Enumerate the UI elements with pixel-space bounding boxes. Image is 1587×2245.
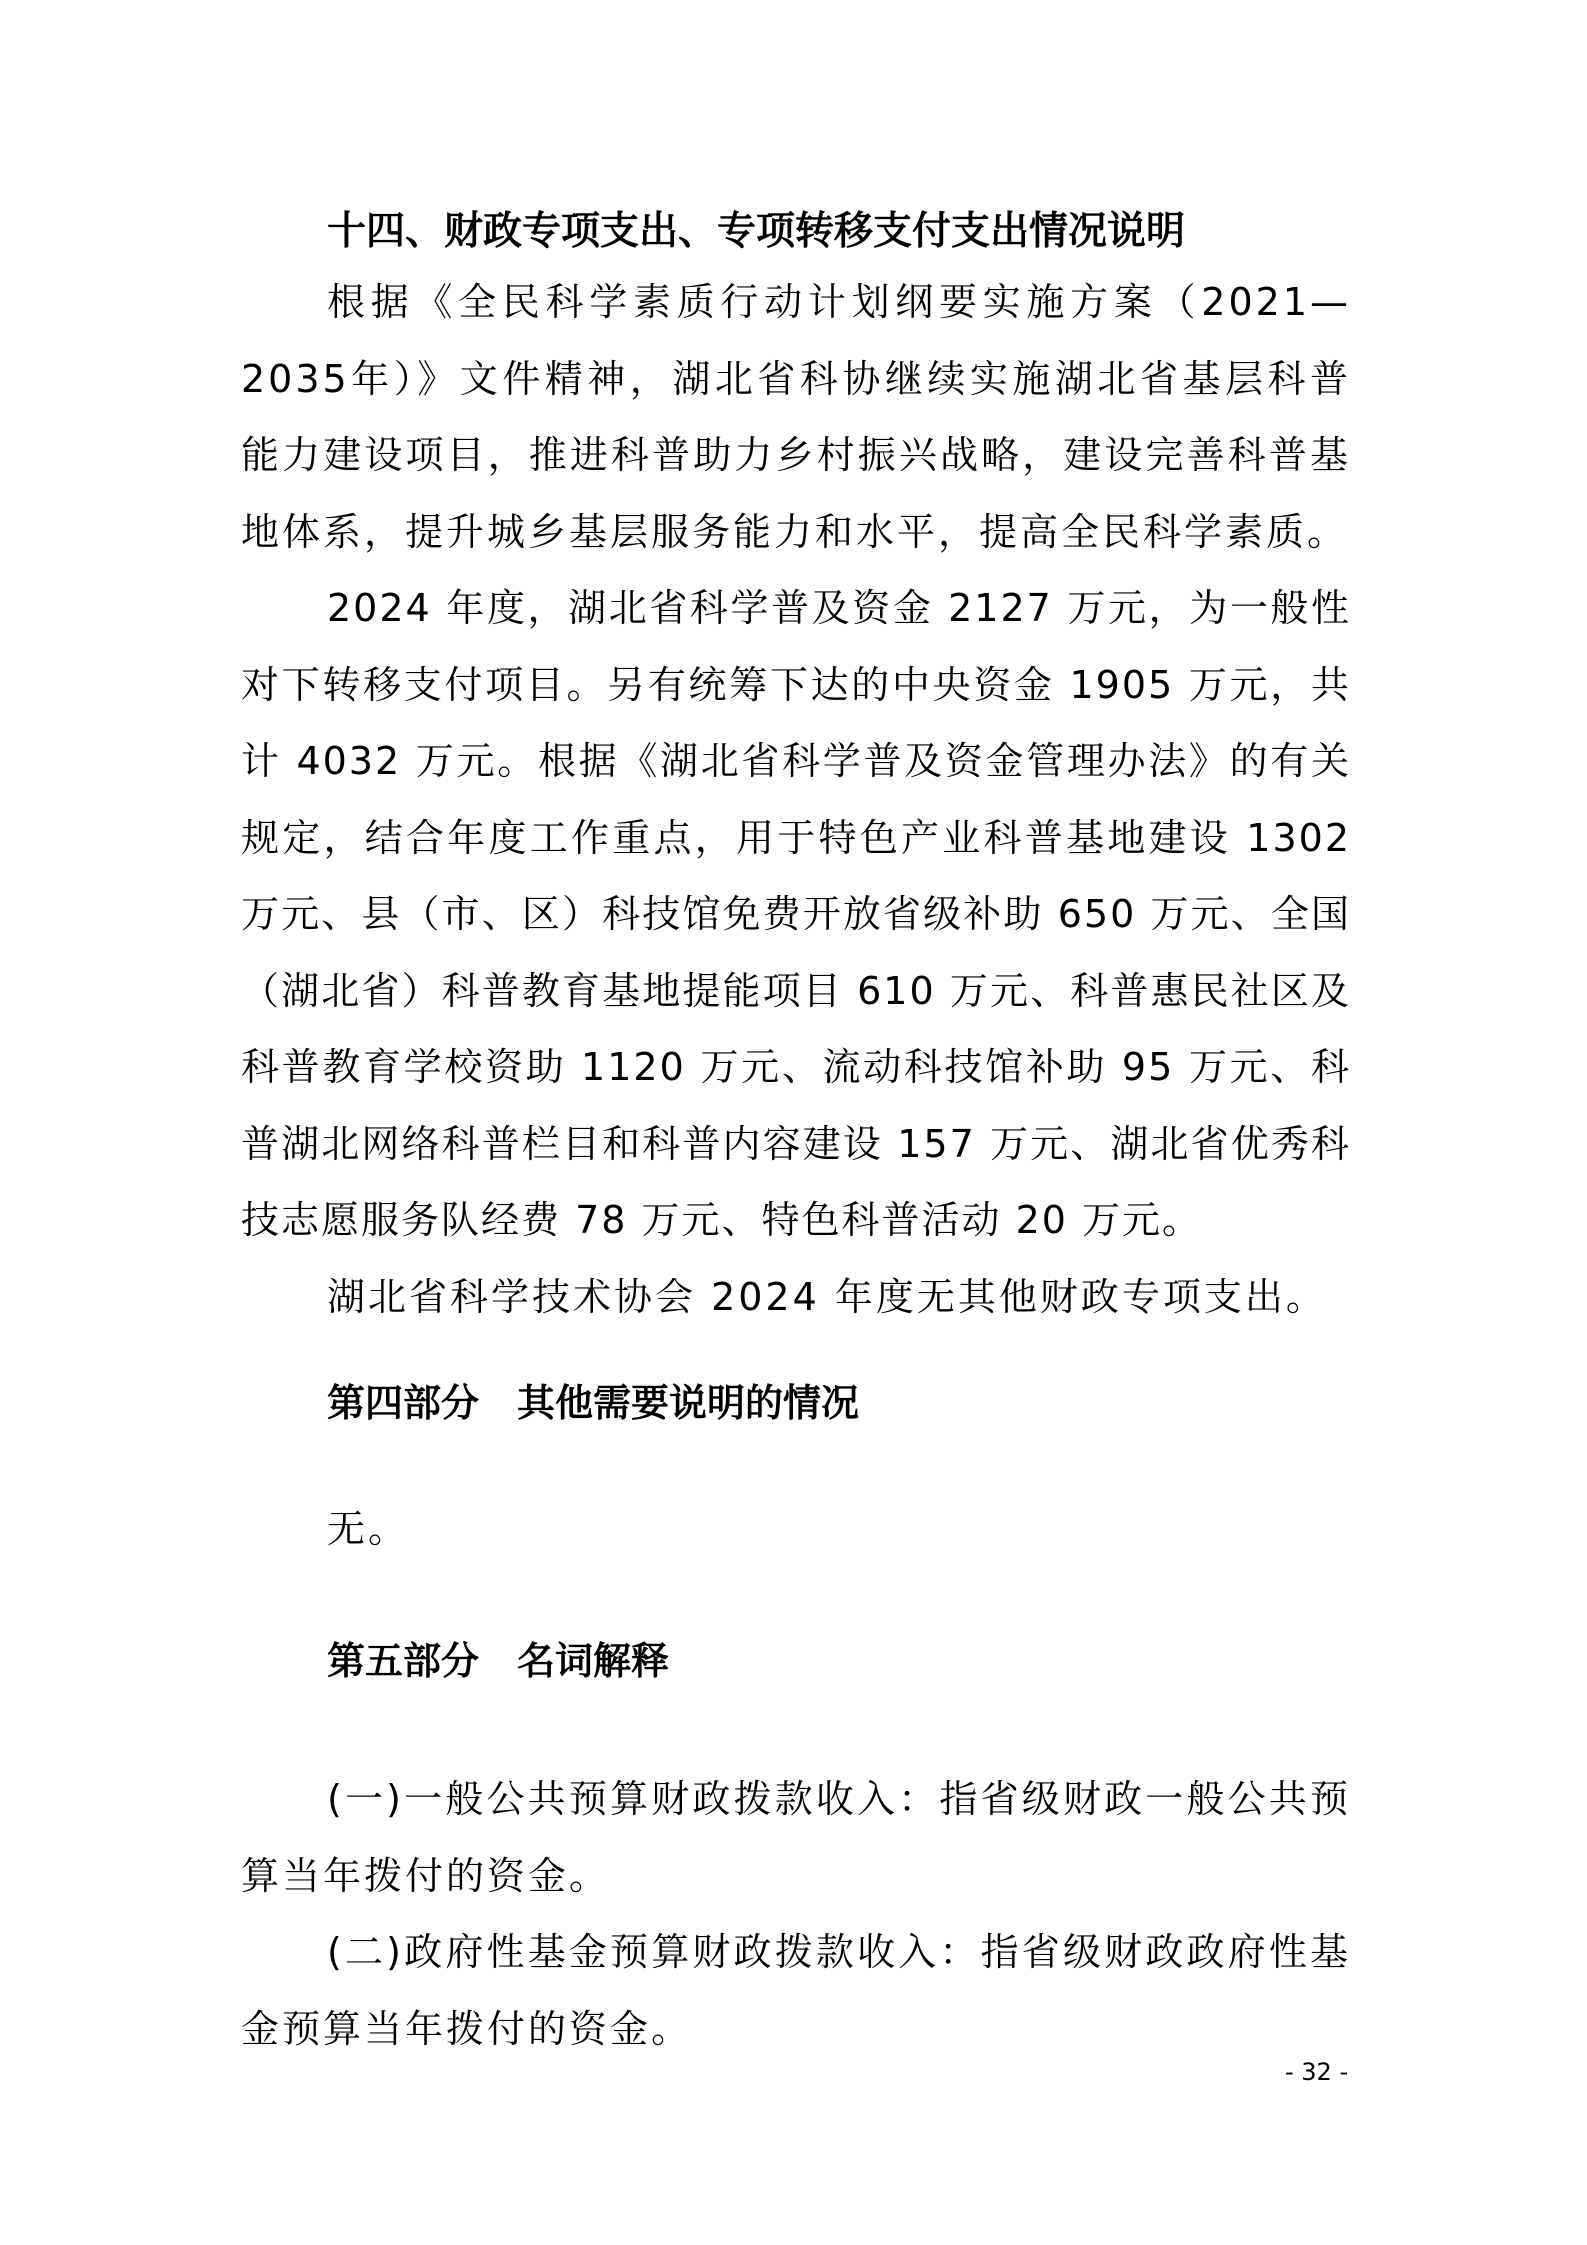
part-4-title: 第四部分 其他需要说明的情况 <box>241 1365 1351 1441</box>
document-page: 十四、财政专项支出、专项转移支付支出情况说明 根据《全民科学素质行动计划纲要实施… <box>241 200 1351 2067</box>
section-14-paragraph-2: 2024 年度，湖北省科学普及资金 2127 万元，为一般性对下转移支付项目。另… <box>241 570 1351 1259</box>
part-5-title: 第五部分 名词解释 <box>241 1623 1351 1699</box>
page-number: - 32 - <box>1285 2058 1348 2086</box>
section-14-paragraph-3: 湖北省科学技术协会 2024 年度无其他财政专项支出。 <box>241 1259 1351 1336</box>
definition-item-1: (一)一般公共预算财政拨款收入：指省级财政一般公共预算当年拨付的资金。 <box>241 1761 1351 1914</box>
section-14-title: 十四、财政专项支出、专项转移支付支出情况说明 <box>241 200 1351 264</box>
definitions-list: (一)一般公共预算财政拨款收入：指省级财政一般公共预算当年拨付的资金。 (二)政… <box>241 1761 1351 2067</box>
definition-item-2: (二)政府性基金预算财政拨款收入：指省级财政政府性基金预算当年拨付的资金。 <box>241 1914 1351 2067</box>
section-14-paragraph-1: 根据《全民科学素质行动计划纲要实施方案（2021—2035年）》文件精神，湖北省… <box>241 264 1351 570</box>
part-4-body: 无。 <box>241 1491 1351 1567</box>
